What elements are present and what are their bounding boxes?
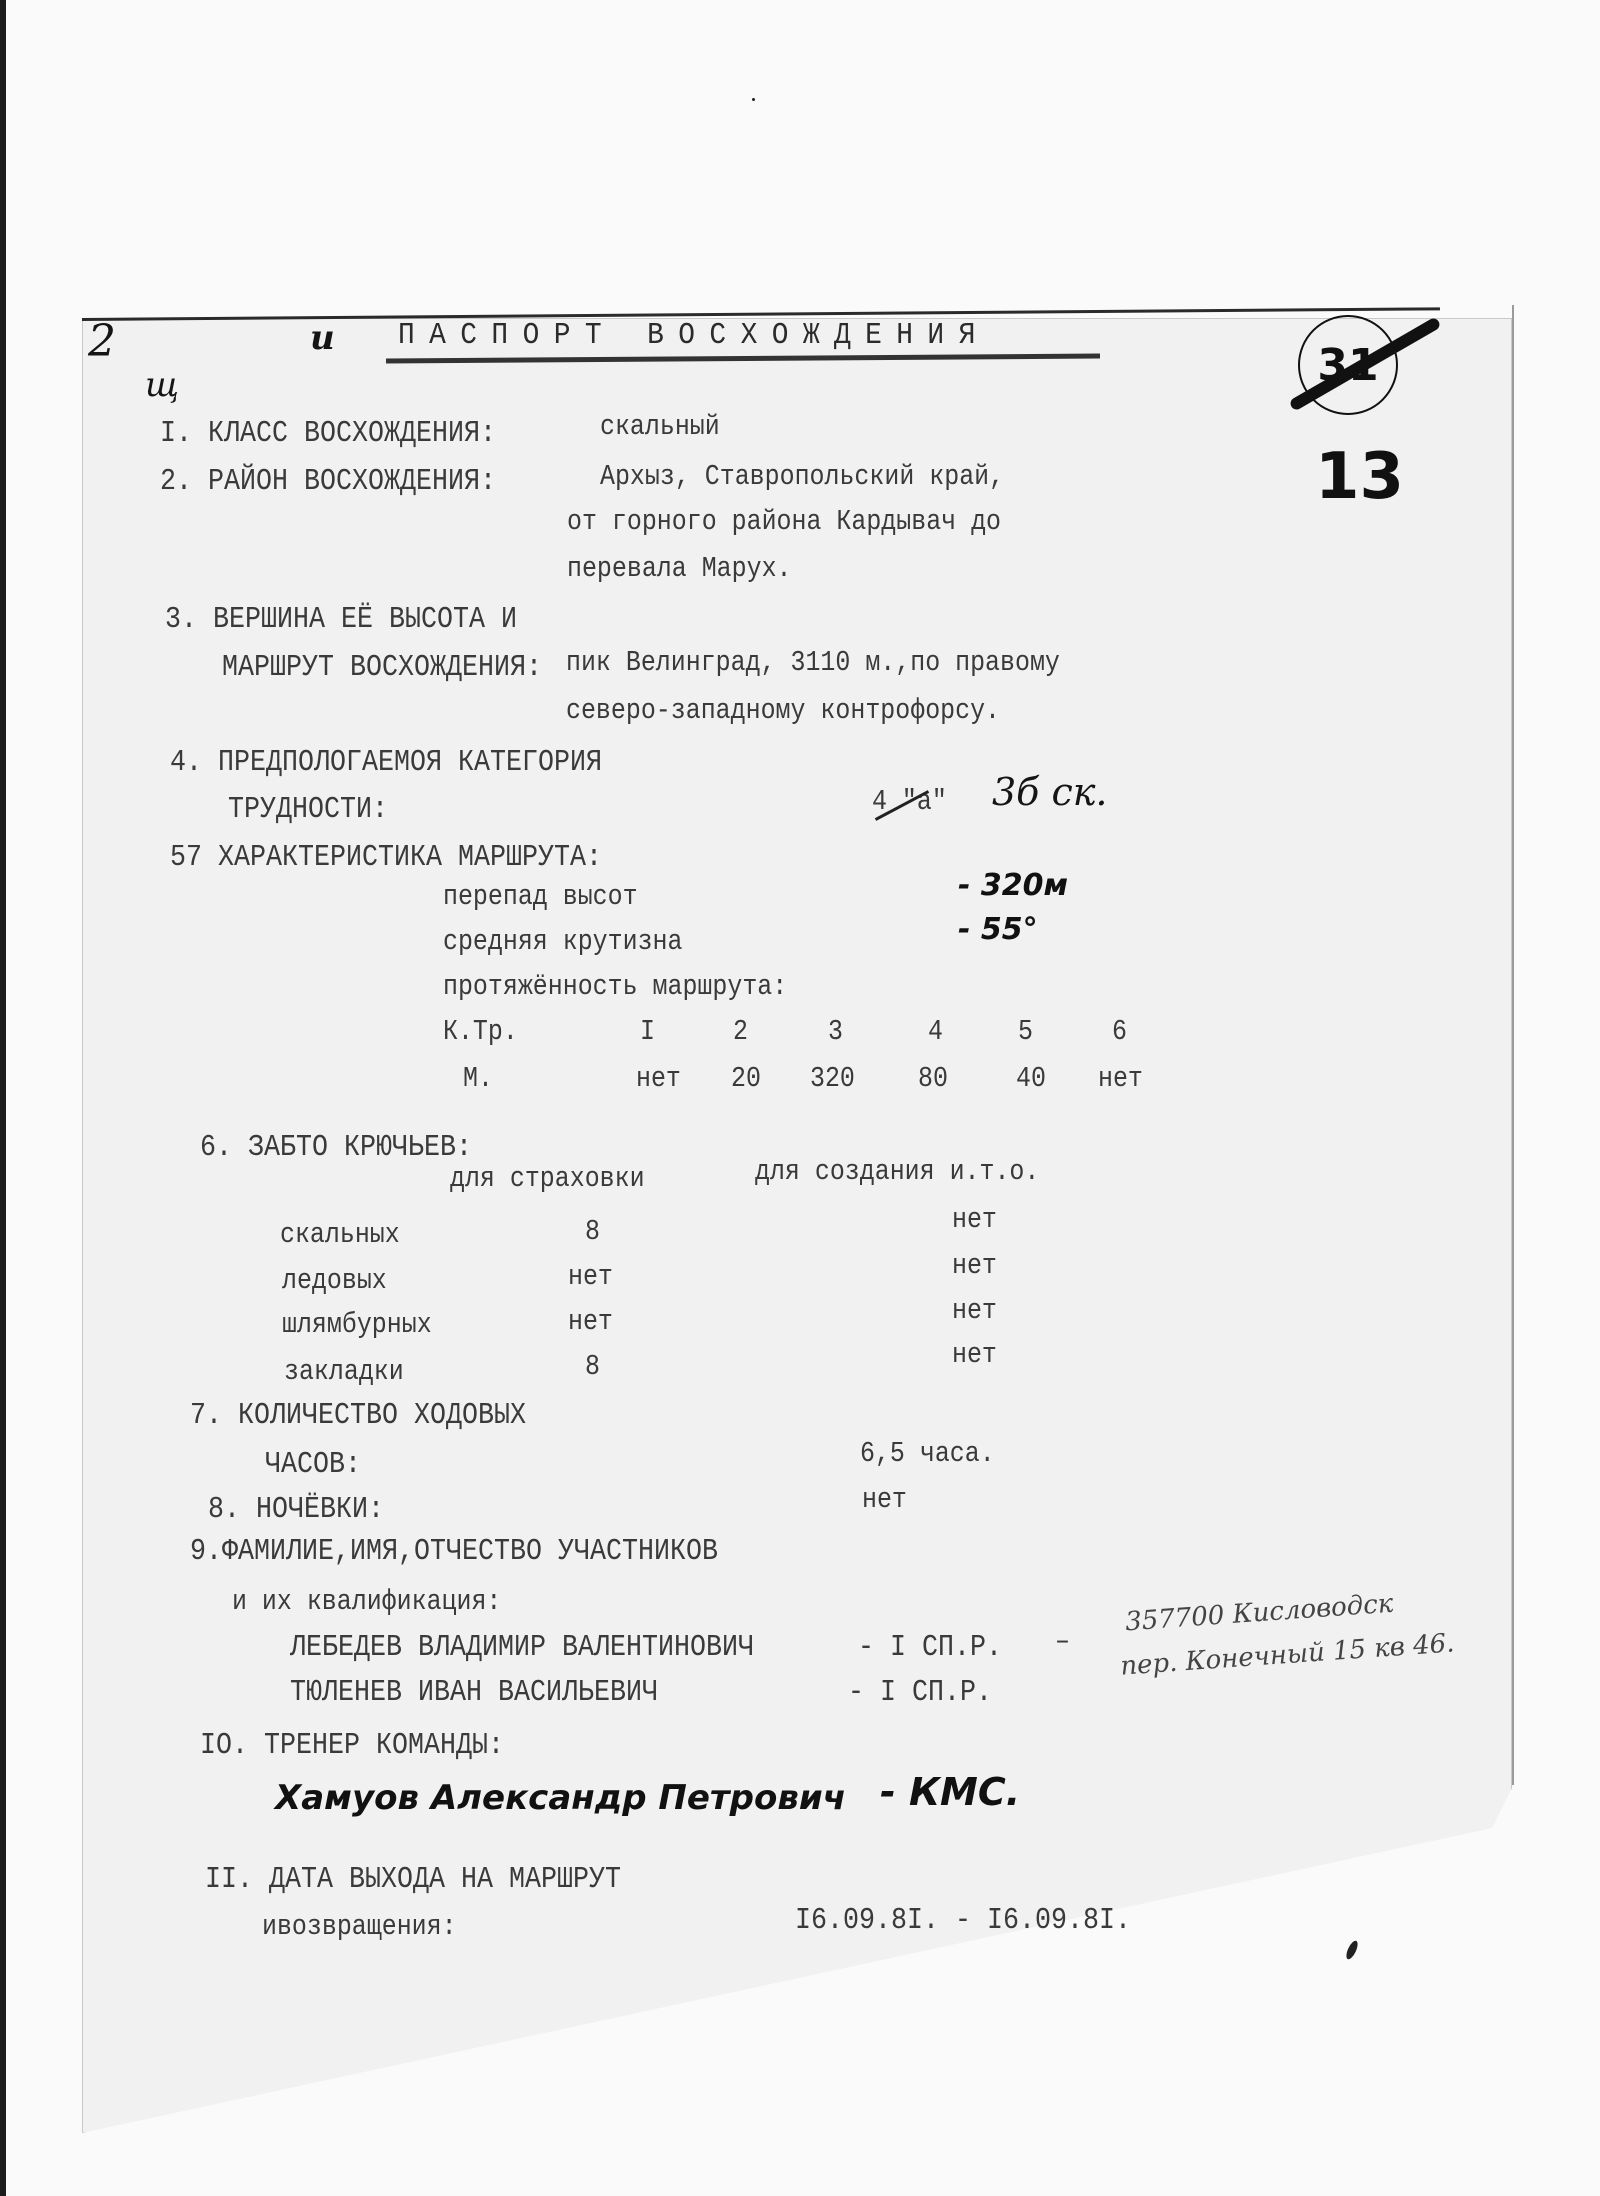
- s11-label-2: ивозвращения:: [262, 1910, 457, 1943]
- page-number: 13: [1315, 440, 1404, 514]
- s3-label-1: 3. ВЕРШИНА ЕЁ ВЫСОТА И: [165, 602, 517, 637]
- s6-row-belay: 8: [585, 1350, 600, 1383]
- s5-cat: I: [640, 1015, 655, 1048]
- s2-line-2: от горного района Кардывач до: [567, 505, 1001, 538]
- s5-meters: 40: [1016, 1062, 1046, 1095]
- top-left-mark: и: [310, 318, 335, 358]
- s2-line-3: перевала Марух.: [567, 552, 792, 585]
- s5-label: 57 ХАРАКТЕРИСТИКА МАРШРУТА:: [170, 840, 602, 875]
- s8-label: 8. НОЧЁВКИ:: [208, 1492, 384, 1527]
- s4-label-2: ТРУДНОСТИ:: [228, 792, 388, 827]
- s6-row-belay: 8: [585, 1215, 600, 1248]
- s5-height-diff-label: перепад высот: [443, 880, 638, 913]
- paper-right-edge: [1512, 305, 1514, 1785]
- s9-label-1: 9.ФАМИЛИЕ,ИМЯ,ОТЧЕСТВО УЧАСТНИКОВ: [190, 1534, 718, 1569]
- left-margin-mark: щ: [145, 365, 179, 405]
- s3-label-2: МАРШРУТ ВОСХОЖДЕНИЯ:: [222, 650, 542, 685]
- s6-row-belay: нет: [568, 1260, 613, 1293]
- s5-steepness-value: - 55°: [958, 912, 1038, 947]
- s9-label-2: и их квалификация:: [232, 1585, 501, 1618]
- s1-label: I. КЛАСС ВОСХОЖДЕНИЯ:: [160, 416, 496, 451]
- s4-label-1: 4. ПРЕДПОЛОГАЕМОЯ КАТЕГОРИЯ: [170, 745, 602, 780]
- s5-cat: 3: [828, 1015, 843, 1048]
- s6-row-aid: нет: [952, 1249, 997, 1282]
- s6-row-type: шлямбурных: [282, 1308, 432, 1341]
- s6-row-type: ледовых: [282, 1264, 387, 1297]
- participant-name: ЛЕБЕДЕВ ВЛАДИМИР ВАЛЕНТИНОВИЧ: [290, 1630, 754, 1665]
- s7-value: 6,5 часа.: [860, 1437, 995, 1470]
- s6-row-belay: нет: [568, 1305, 613, 1338]
- s5-meters: 20: [731, 1062, 761, 1095]
- s5-meters: 80: [918, 1062, 948, 1095]
- s6-col-belay: для страховки: [450, 1162, 645, 1195]
- s10-label: IO. ТРЕНЕР КОМАНДЫ:: [200, 1728, 504, 1763]
- s11-dates: I6.09.8I. - I6.09.8I.: [795, 1903, 1131, 1938]
- s3-value-2: северо-западному контрофорсу.: [566, 694, 1000, 727]
- coach-name: Хамуов Александр Петрович: [275, 1778, 846, 1818]
- s6-row-aid: нет: [952, 1203, 997, 1236]
- dash-mark: –: [1055, 1625, 1070, 1658]
- s6-label: 6. ЗАБТО КРЮЧЬЕВ:: [200, 1130, 472, 1165]
- s2-line-1: Архыз, Ставропольский край,: [600, 460, 1004, 493]
- s5-meters: 320: [810, 1062, 855, 1095]
- top-left-scribble: 2: [88, 316, 116, 367]
- s5-meters: нет: [636, 1062, 681, 1095]
- s5-cat: 4: [928, 1015, 943, 1048]
- coach-rank: - КМС.: [880, 1770, 1020, 1814]
- s4-handwritten-category: 3б ск.: [992, 770, 1108, 814]
- s5-steepness-label: средняя крутизна: [443, 925, 682, 958]
- participant-rank: - I СП.Р.: [858, 1630, 1002, 1665]
- s1-value: скальный: [600, 410, 720, 443]
- s5-meters: нет: [1098, 1062, 1143, 1095]
- participant-rank: - I СП.Р.: [848, 1675, 992, 1710]
- participant-name: ТЮЛЕНЕВ ИВАН ВАСИЛЬЕВИЧ: [290, 1675, 658, 1710]
- s6-row-aid: нет: [952, 1294, 997, 1327]
- scan-speck: [752, 98, 755, 101]
- s8-value: нет: [862, 1483, 907, 1516]
- s11-label-1: II. ДАТА ВЫХОДА НА МАРШРУТ: [205, 1862, 621, 1897]
- s6-row-aid: нет: [952, 1338, 997, 1371]
- s5-height-diff-value: - 320м: [958, 868, 1068, 903]
- s5-cat: 5: [1018, 1015, 1033, 1048]
- s5-length-label: протяжённость маршрута:: [443, 970, 787, 1003]
- s5-cat: 2: [733, 1015, 748, 1048]
- s6-row-type: скальных: [280, 1218, 400, 1251]
- s5-table-header-category: К.Тр.: [443, 1015, 518, 1048]
- s5-table-header-meters: М.: [463, 1062, 493, 1095]
- s6-col-aid: для создания и.т.о.: [755, 1155, 1039, 1188]
- document-title: ПАСПОРТ ВОСХОЖДЕНИЯ: [398, 318, 990, 353]
- s7-label-1: 7. КОЛИЧЕСТВО ХОДОВЫХ: [190, 1398, 526, 1433]
- s5-cat: 6: [1112, 1015, 1127, 1048]
- s3-value-1: пик Велинград, 3110 м.,по правому: [566, 646, 1060, 679]
- s7-label-2: ЧАСОВ:: [265, 1447, 361, 1482]
- s6-row-type: закладки: [284, 1355, 404, 1388]
- s2-label: 2. РАЙОН ВОСХОЖДЕНИЯ:: [160, 464, 496, 499]
